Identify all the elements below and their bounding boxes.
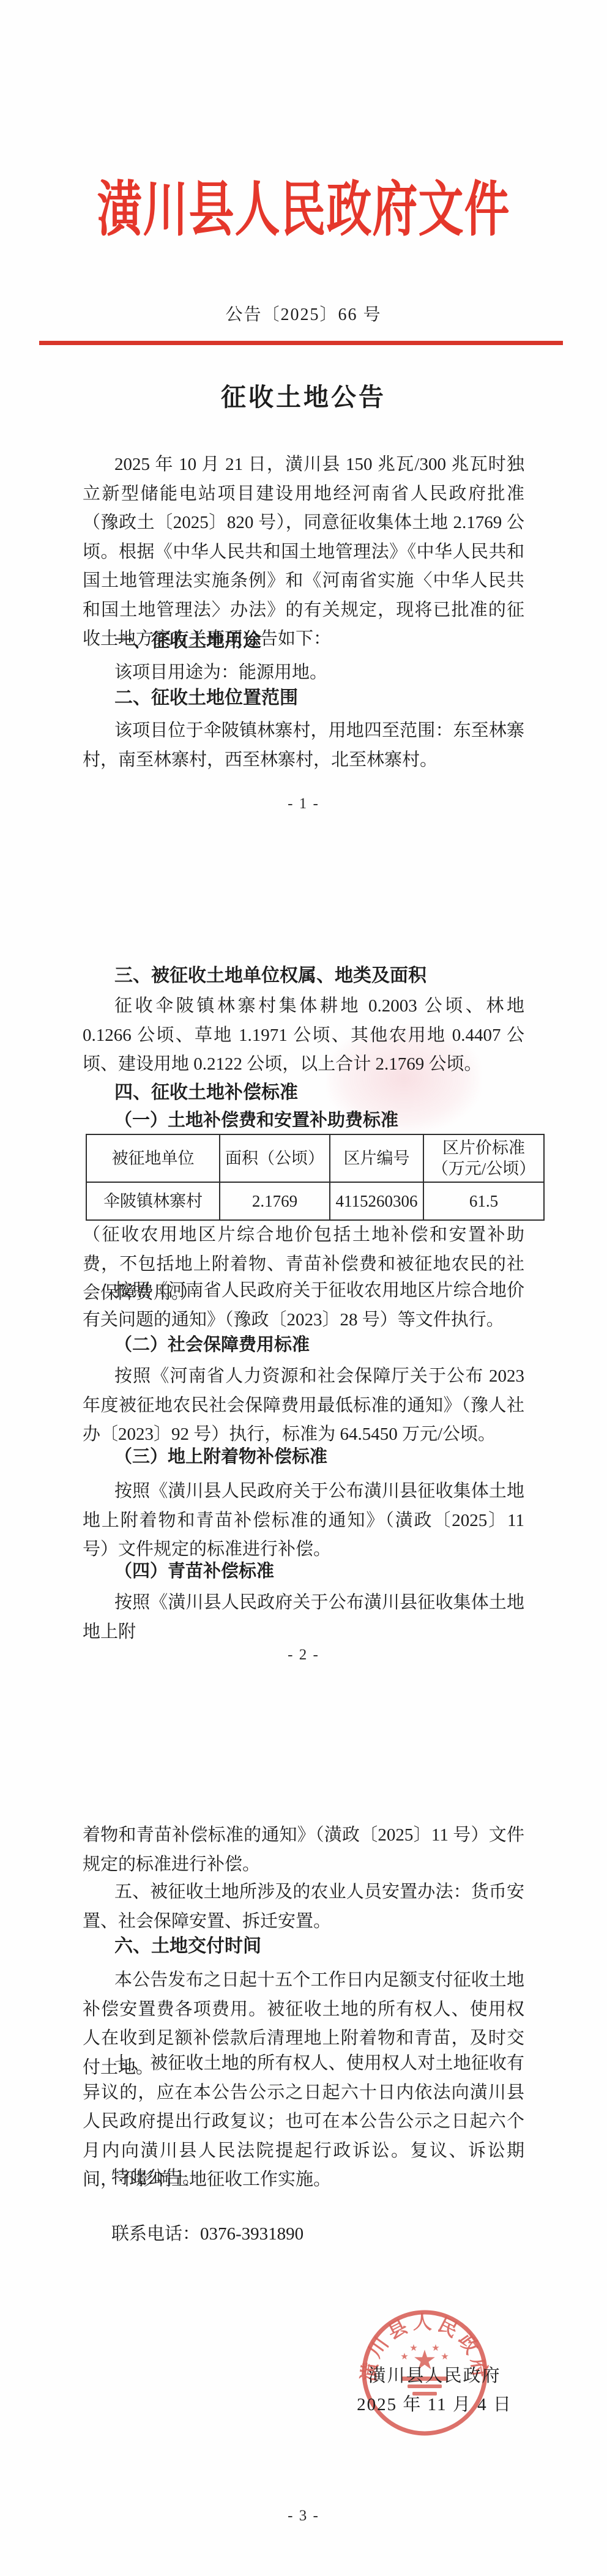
table-cell-zone-code: 4115260306 [330, 1182, 423, 1220]
heading-land-use: 一、征收土地用途 [114, 628, 531, 655]
para-land-use: 该项目用途为：能源用地。 [114, 658, 524, 688]
heading-delivery: 六、土地交付时间 [114, 1933, 531, 1960]
page-number-2: - 2 - [0, 1647, 607, 1664]
table-cell-area: 2.1769 [220, 1182, 330, 1220]
para-conclusion: 特此公告。 [111, 2164, 356, 2193]
table-header-unit: 被征地单位 [86, 1134, 220, 1182]
para-attachments: 按照《潢川县人民政府关于公布潢川县征收集体土地地上附着物和青苗补偿标准的通知》（… [83, 1477, 524, 1565]
svg-text:★: ★ [400, 2351, 408, 2362]
svg-text:★: ★ [431, 2342, 439, 2353]
heading-location: 二、征收土地位置范围 [114, 685, 531, 712]
page-number-1: - 1 - [0, 795, 607, 813]
table-header-zone-code: 区片编号 [330, 1134, 423, 1182]
svg-text:★: ★ [409, 2342, 417, 2353]
table-header-row: 被征地单位 面积（公顷） 区片编号 区片价标准（万元/公顷） [86, 1134, 544, 1182]
para-provincial-doc: 按照《河南省人民政府关于征收农用地区片综合地价有关问题的通知》（豫政〔2023〕… [83, 1276, 524, 1335]
table-cell-zone-price: 61.5 [423, 1182, 544, 1220]
page-title: 征收土地公告 [0, 377, 607, 413]
compensation-table: 被征地单位 面积（公顷） 区片编号 区片价标准（万元/公顷） 伞陂镇林寨村 2.… [86, 1134, 545, 1221]
doc-number: 公告〔2025〕66 号 [0, 301, 607, 326]
table-header-zone-price: 区片价标准（万元/公顷） [423, 1134, 544, 1182]
heading-compensation: 四、征收土地补偿标准 [114, 1079, 531, 1106]
subheading-social-security: （二）社会保障费用标准 [114, 1331, 531, 1358]
contact-phone: 联系电话：0376-3931890 [111, 2220, 417, 2249]
scanned-document: 潢川县人民政府文件 公告〔2025〕66 号 征收土地公告 2025 年 10 … [0, 0, 607, 2576]
table-row: 伞陂镇林寨村 2.1769 4115260306 61.5 [86, 1182, 544, 1220]
para-location: 该项目位于伞陂镇林寨村，用地四至范围：东至林寨村，南至林寨村，西至林寨村，北至林… [83, 717, 524, 775]
table-header-area: 面积（公顷） [220, 1134, 330, 1182]
letterhead-title: 潢川县人民政府文件 [0, 162, 607, 248]
svg-text:★: ★ [441, 2351, 449, 2362]
signer-name: 潢川县人民政府 [343, 2362, 526, 2387]
para-ownership: 征收伞陂镇林寨村集体耕地 0.2003 公顷、林地 0.1266 公顷、草地 1… [83, 992, 524, 1079]
para-intro: 2025 年 10 月 21 日，潢川县 150 兆瓦/300 兆瓦时独立新型储… [83, 450, 524, 654]
table-cell-unit: 伞陂镇林寨村 [86, 1182, 220, 1220]
page-number-3: - 3 - [0, 2507, 607, 2525]
para-resettlement: 五、被征收土地所涉及的农业人员安置办法：货币安置、社会保障安置、拆迁安置。 [83, 1878, 524, 1936]
para-seedlings-cont: 着物和青苗补偿标准的通知》（潢政〔2025〕11 号）文件规定的标准进行补偿。 [83, 1821, 524, 1879]
sign-date: 2025 年 11 月 4 日 [333, 2391, 535, 2416]
red-separator-line [39, 341, 563, 345]
para-social-security: 按照《河南省人力资源和社会保障厅关于公布 2023 年度被征地农民社会保障费用最… [83, 1362, 524, 1450]
heading-ownership: 三、被征收土地单位权属、地类及面积 [114, 962, 531, 989]
subheading-attachments: （三）地上附着物补偿标准 [114, 1443, 531, 1470]
para-seedlings-start: 按照《潢川县人民政府关于公布潢川县征收集体土地地上附 [83, 1588, 524, 1647]
subheading-land-compensation: （一）土地补偿费和安置补助费标准 [114, 1107, 531, 1134]
subheading-seedlings: （四）青苗补偿标准 [114, 1558, 531, 1585]
